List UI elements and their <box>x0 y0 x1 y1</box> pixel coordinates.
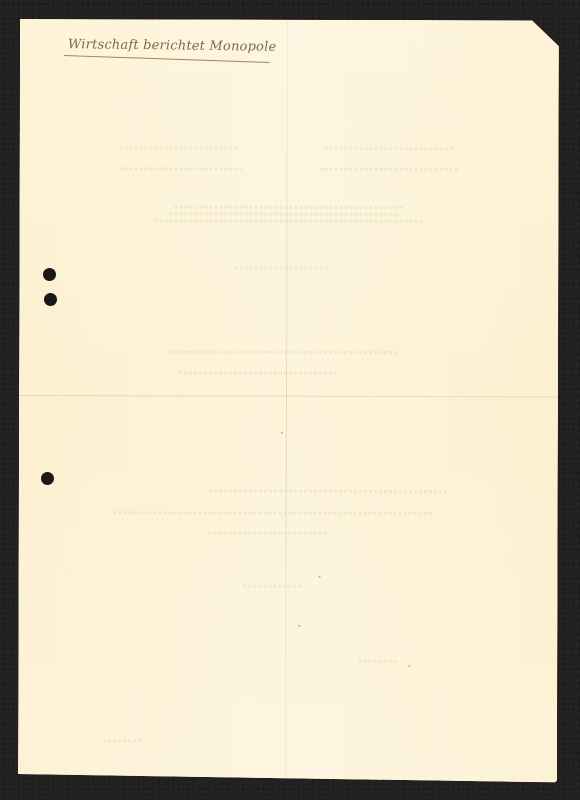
punch-hole <box>41 472 54 485</box>
document-sheet: Wirtschaft berichtet Monopole <box>18 19 559 782</box>
paper-speck <box>319 576 321 578</box>
bleed-through-line <box>209 531 329 534</box>
bleed-through-line <box>209 489 449 493</box>
paper-speck <box>408 665 410 667</box>
bleed-through-line <box>120 167 242 170</box>
punch-hole <box>44 293 57 306</box>
punch-hole <box>43 268 56 281</box>
scan-background: Wirtschaft berichtet Monopole <box>0 0 580 800</box>
bleed-through-line <box>358 660 398 663</box>
handwritten-annotation: Wirtschaft berichtet Monopole <box>64 33 274 66</box>
paper-speck <box>298 625 300 627</box>
vertical-fold-line <box>285 20 288 782</box>
bleed-through-line <box>169 212 399 216</box>
horizontal-fold-line <box>19 395 558 397</box>
bleed-through-line <box>244 585 304 588</box>
bleed-through-line <box>154 219 424 223</box>
bleed-through-line <box>179 371 339 374</box>
bleed-through-line <box>120 146 238 149</box>
bleed-through-line <box>103 739 143 742</box>
bleed-through-line <box>169 350 399 354</box>
bleed-through-line <box>320 168 460 171</box>
annotation-underline <box>64 55 270 63</box>
paper-speck <box>281 432 283 434</box>
annotation-text: Wirtschaft berichtet Monopole <box>68 37 277 55</box>
bleed-through-line <box>234 267 329 270</box>
bleed-through-line <box>114 511 434 515</box>
bleed-through-line <box>325 147 455 150</box>
bleed-through-line <box>175 205 405 209</box>
